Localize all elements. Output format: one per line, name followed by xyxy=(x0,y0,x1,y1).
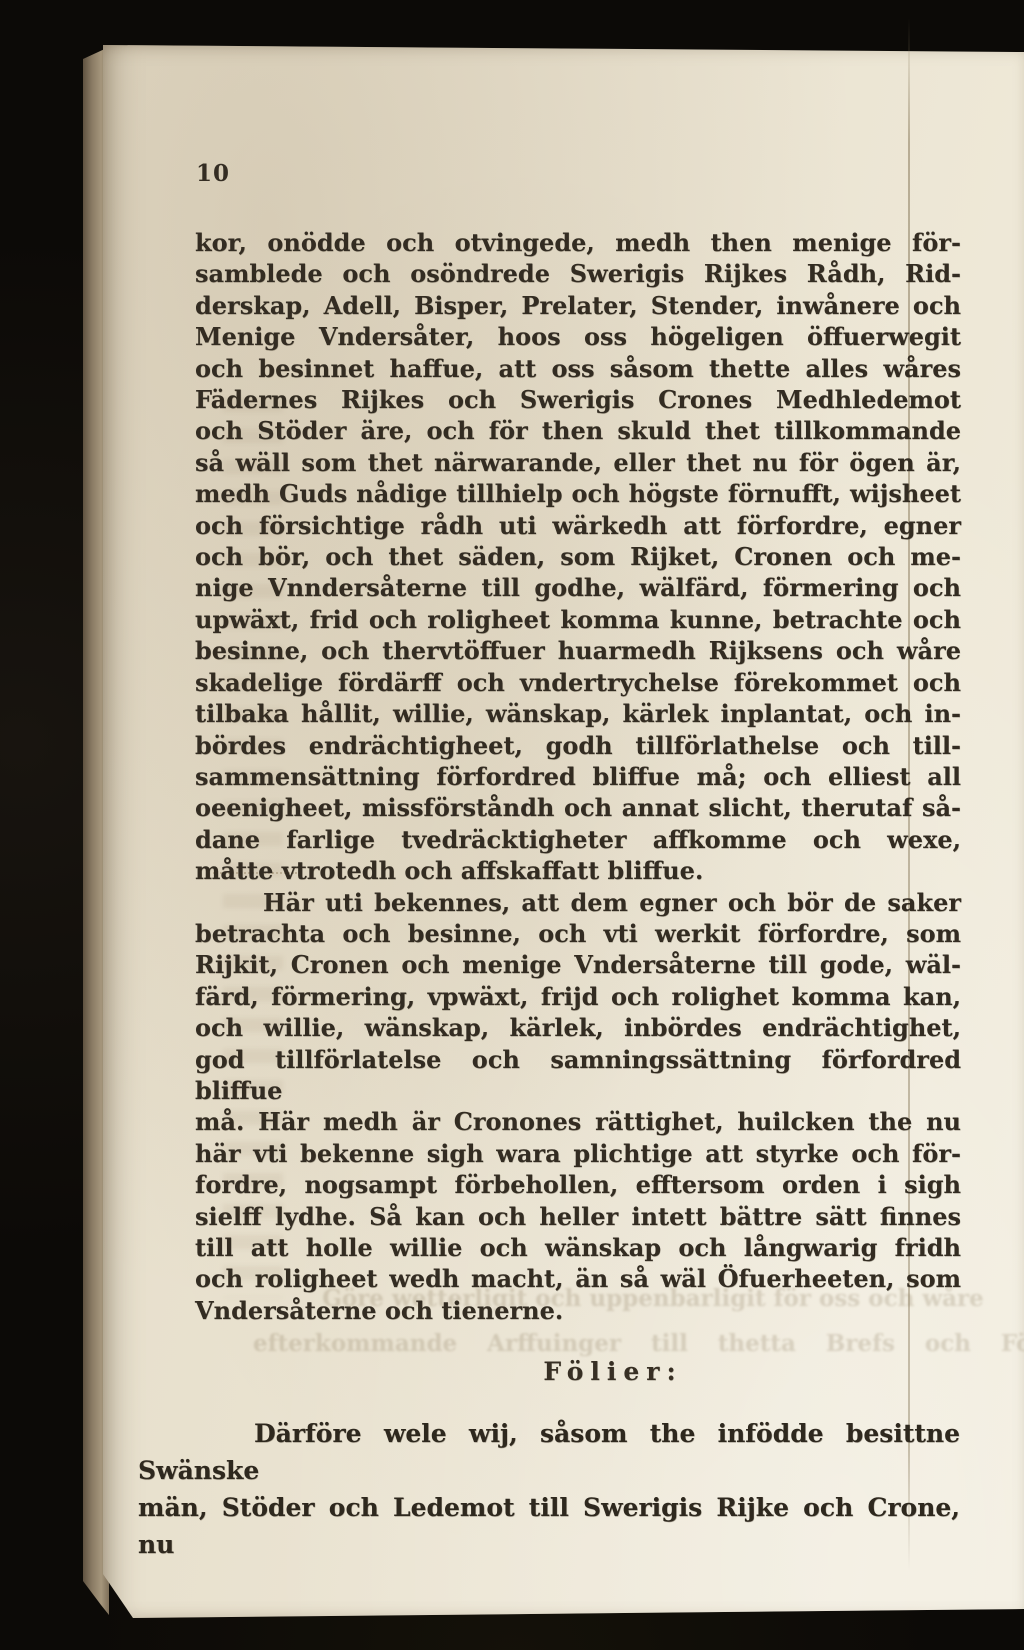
text-line: god tillförlatelse och samningssättning … xyxy=(195,1044,961,1107)
text-line: och Stöder äre, och för then skuld thet … xyxy=(195,415,961,446)
text-line: derskap, Adell, Bisper, Prelater, Stende… xyxy=(195,290,961,321)
text-line: Här uti bekennes, att dem egner och bör … xyxy=(195,887,961,918)
text-line: fordre, nogsampt förbehollen, efftersom … xyxy=(195,1169,961,1200)
text-line: oeenigheet, missförståndh och annat slic… xyxy=(195,792,961,823)
text-line: sammensättning förfordred bliffue må; oc… xyxy=(195,761,961,792)
text-line: skadelige fördärff och vndertrychelse fö… xyxy=(195,667,961,698)
text-line: och roligheet wedh macht, än så wäl Öfue… xyxy=(195,1263,961,1294)
text-line: här vti bekenne sigh wara plichtige att … xyxy=(195,1138,961,1169)
text-line: tilbaka hållit, willie, wänskap, kärlek … xyxy=(195,698,961,729)
text-line: medh Guds nådige tillhielp och högste fö… xyxy=(195,478,961,509)
text-line: samblede och osöndrede Swerigis Rijkes R… xyxy=(195,258,961,289)
text-line: så wäll som thet närwarande, eller thet … xyxy=(195,447,961,478)
text-line: och försichtige rådh uti wärkedh att för… xyxy=(195,510,961,541)
text-line: kor, onödde och otvingede, medh then men… xyxy=(195,227,961,258)
closing-paragraph: Därföre wele wij, såsom the infödde besi… xyxy=(138,1415,960,1563)
text-line: dane farlige tvedräcktigheter affkomme o… xyxy=(195,824,961,855)
body-text: kor, onödde och otvingede, medh then men… xyxy=(195,227,961,1563)
text-line: till att holle willie och wänskap och lå… xyxy=(195,1232,961,1263)
text-line: bördes endrächtigheet, godh tillförlathe… xyxy=(195,730,961,761)
section-heading: Fölier: xyxy=(195,1356,961,1387)
text-line: sielff lydhe. Så kan och heller intett b… xyxy=(195,1201,961,1232)
text-line: upwäxt, frid och roligheet komma kunne, … xyxy=(195,604,961,635)
text-line: betrachta och besinne, och vti werkit fö… xyxy=(195,918,961,949)
page-number: 10 xyxy=(196,160,230,187)
text-line: män, Stöder och Ledemot till Swerigis Ri… xyxy=(138,1489,960,1563)
text-line: måtte vtrotedh och affskaffatt bliffue. xyxy=(195,855,961,886)
paragraph: kor, onödde och otvingede, medh then men… xyxy=(195,227,961,887)
text-line: och willie, wänskap, kärlek, inbördes en… xyxy=(195,1012,961,1043)
text-line: och besinnet haffue, att oss såsom thett… xyxy=(195,353,961,384)
text-line: Därföre wele wij, såsom the infödde besi… xyxy=(138,1415,960,1489)
scanned-book-page: Göre wetterligit och uppenbarligit för o… xyxy=(0,0,1024,1650)
text-line: Rijkit, Cronen och menige Vndersåterne t… xyxy=(195,949,961,980)
text-line: besinne, och thervtöffuer huarmedh Rijks… xyxy=(195,635,961,666)
text-line: Fädernes Rijkes och Swerigis Crones Medh… xyxy=(195,384,961,415)
text-line: Menige Vndersåter, hoos oss högeligen öf… xyxy=(195,321,961,352)
text-line: färd, förmering, vpwäxt, frijd och rolig… xyxy=(195,981,961,1012)
text-line: och bör, och thet säden, som Rijket, Cro… xyxy=(195,541,961,572)
paragraph: Här uti bekennes, att dem egner och bör … xyxy=(195,887,961,1327)
text-line: Vndersåterne och tienerne. xyxy=(195,1295,961,1326)
text-line: nige Vnndersåterne till godhe, wälfärd, … xyxy=(195,572,961,603)
text-line: må. Här medh är Cronones rättighet, huil… xyxy=(195,1106,961,1137)
